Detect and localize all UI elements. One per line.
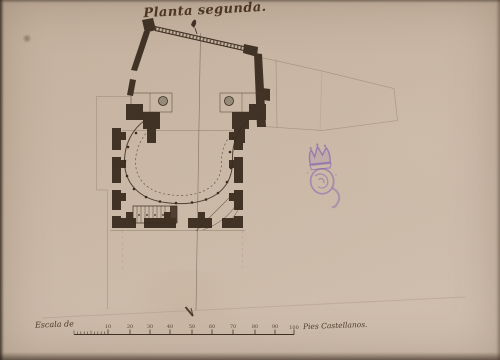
scale-tick-label: 80 (249, 324, 261, 330)
paper-grain-texture (0, 0, 500, 360)
scale-tick-label: 10 (102, 324, 114, 330)
scale-tick-label: 20 (124, 324, 136, 330)
scale-tick-label: 30 (144, 324, 156, 330)
scale-tick-label: 50 (186, 324, 198, 330)
scale-tick-label: 70 (227, 324, 239, 330)
scale-label: Escala de (35, 319, 74, 329)
paper-sheet: Planta segunda. Escala de 10 20 30 40 50… (0, 0, 500, 360)
scale-tick-label: 100 (288, 325, 300, 331)
scale-tick-label: 90 (269, 324, 281, 330)
plan-drawing (0, 0, 500, 360)
scale-tick-label: 40 (164, 324, 176, 330)
scale-tick-label: 60 (206, 324, 218, 330)
